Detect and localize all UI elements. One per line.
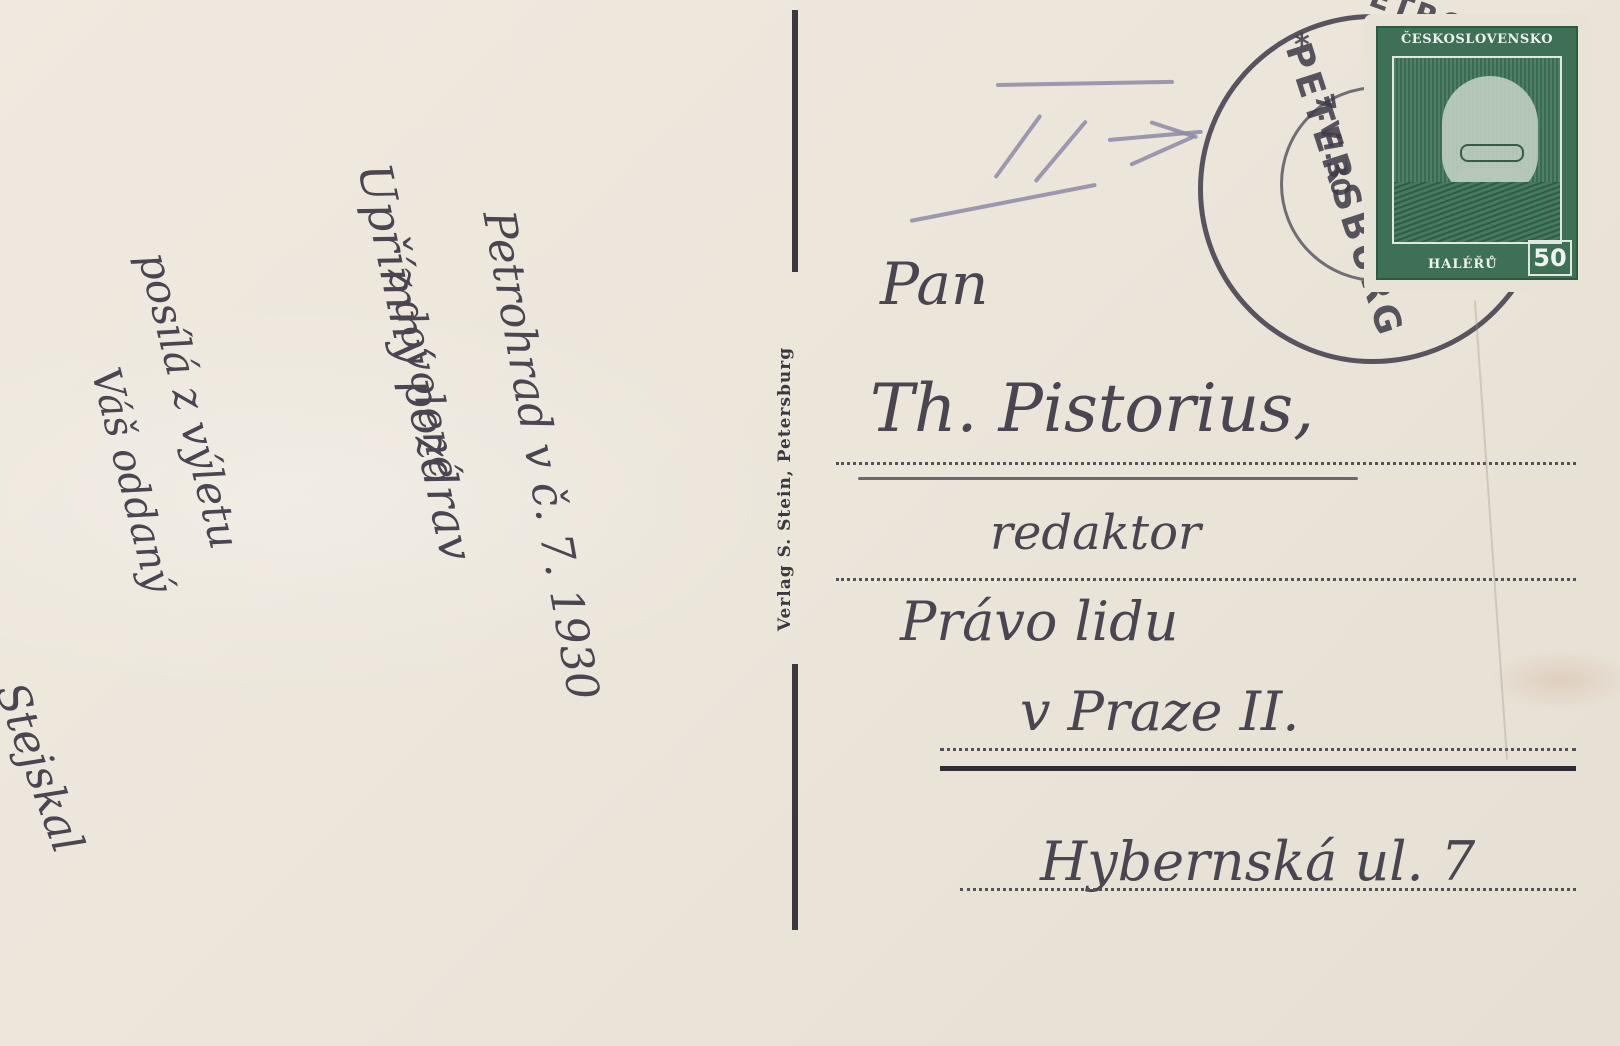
publisher-imprint: Verlag S. Stein, Petersburg	[772, 306, 798, 672]
address-title: redaktor	[990, 505, 1201, 561]
divider-bottom	[792, 664, 798, 930]
message-signature: Stejskal	[0, 676, 135, 975]
postcard: Petrohrad v č. 7. 1930 Upřímný pozdrav z…	[0, 0, 1620, 1046]
stamp-value: 50	[1528, 240, 1572, 276]
pencil-mark-line	[1033, 119, 1087, 183]
address-line-dotted	[960, 888, 1576, 891]
address-line-dotted	[940, 748, 1576, 751]
arrow-icon	[1129, 135, 1195, 167]
paper-crease	[1474, 300, 1508, 759]
address-line-dotted	[836, 578, 1576, 581]
postage-stamp: ČESKOSLOVENSKO HALÉŘŮ 50	[1368, 18, 1586, 288]
address-line-dotted	[836, 462, 1576, 465]
pencil-mark-line	[996, 80, 1174, 87]
address-city: v Praze II.	[1020, 680, 1299, 743]
address-organization: Právo lidu	[900, 590, 1178, 653]
postmark-star: *	[1294, 28, 1310, 63]
address-street: Hybernská ul. 7	[1040, 830, 1475, 893]
stamp-currency: HALÉŘŮ	[1428, 257, 1498, 272]
address-name: Th. Pistorius,	[870, 370, 1314, 447]
underline	[858, 477, 1358, 480]
stamp-country: ČESKOSLOVENSKO	[1378, 28, 1576, 52]
message-line-1: Petrohrad v č. 7. 1930	[472, 207, 647, 925]
pencil-mark-line	[993, 114, 1042, 179]
divider-top	[792, 10, 798, 272]
address-salutation: Pan	[880, 250, 988, 318]
pencil-mark-line	[910, 183, 1097, 223]
stamp-portrait	[1392, 56, 1562, 244]
address-rule	[940, 766, 1576, 771]
